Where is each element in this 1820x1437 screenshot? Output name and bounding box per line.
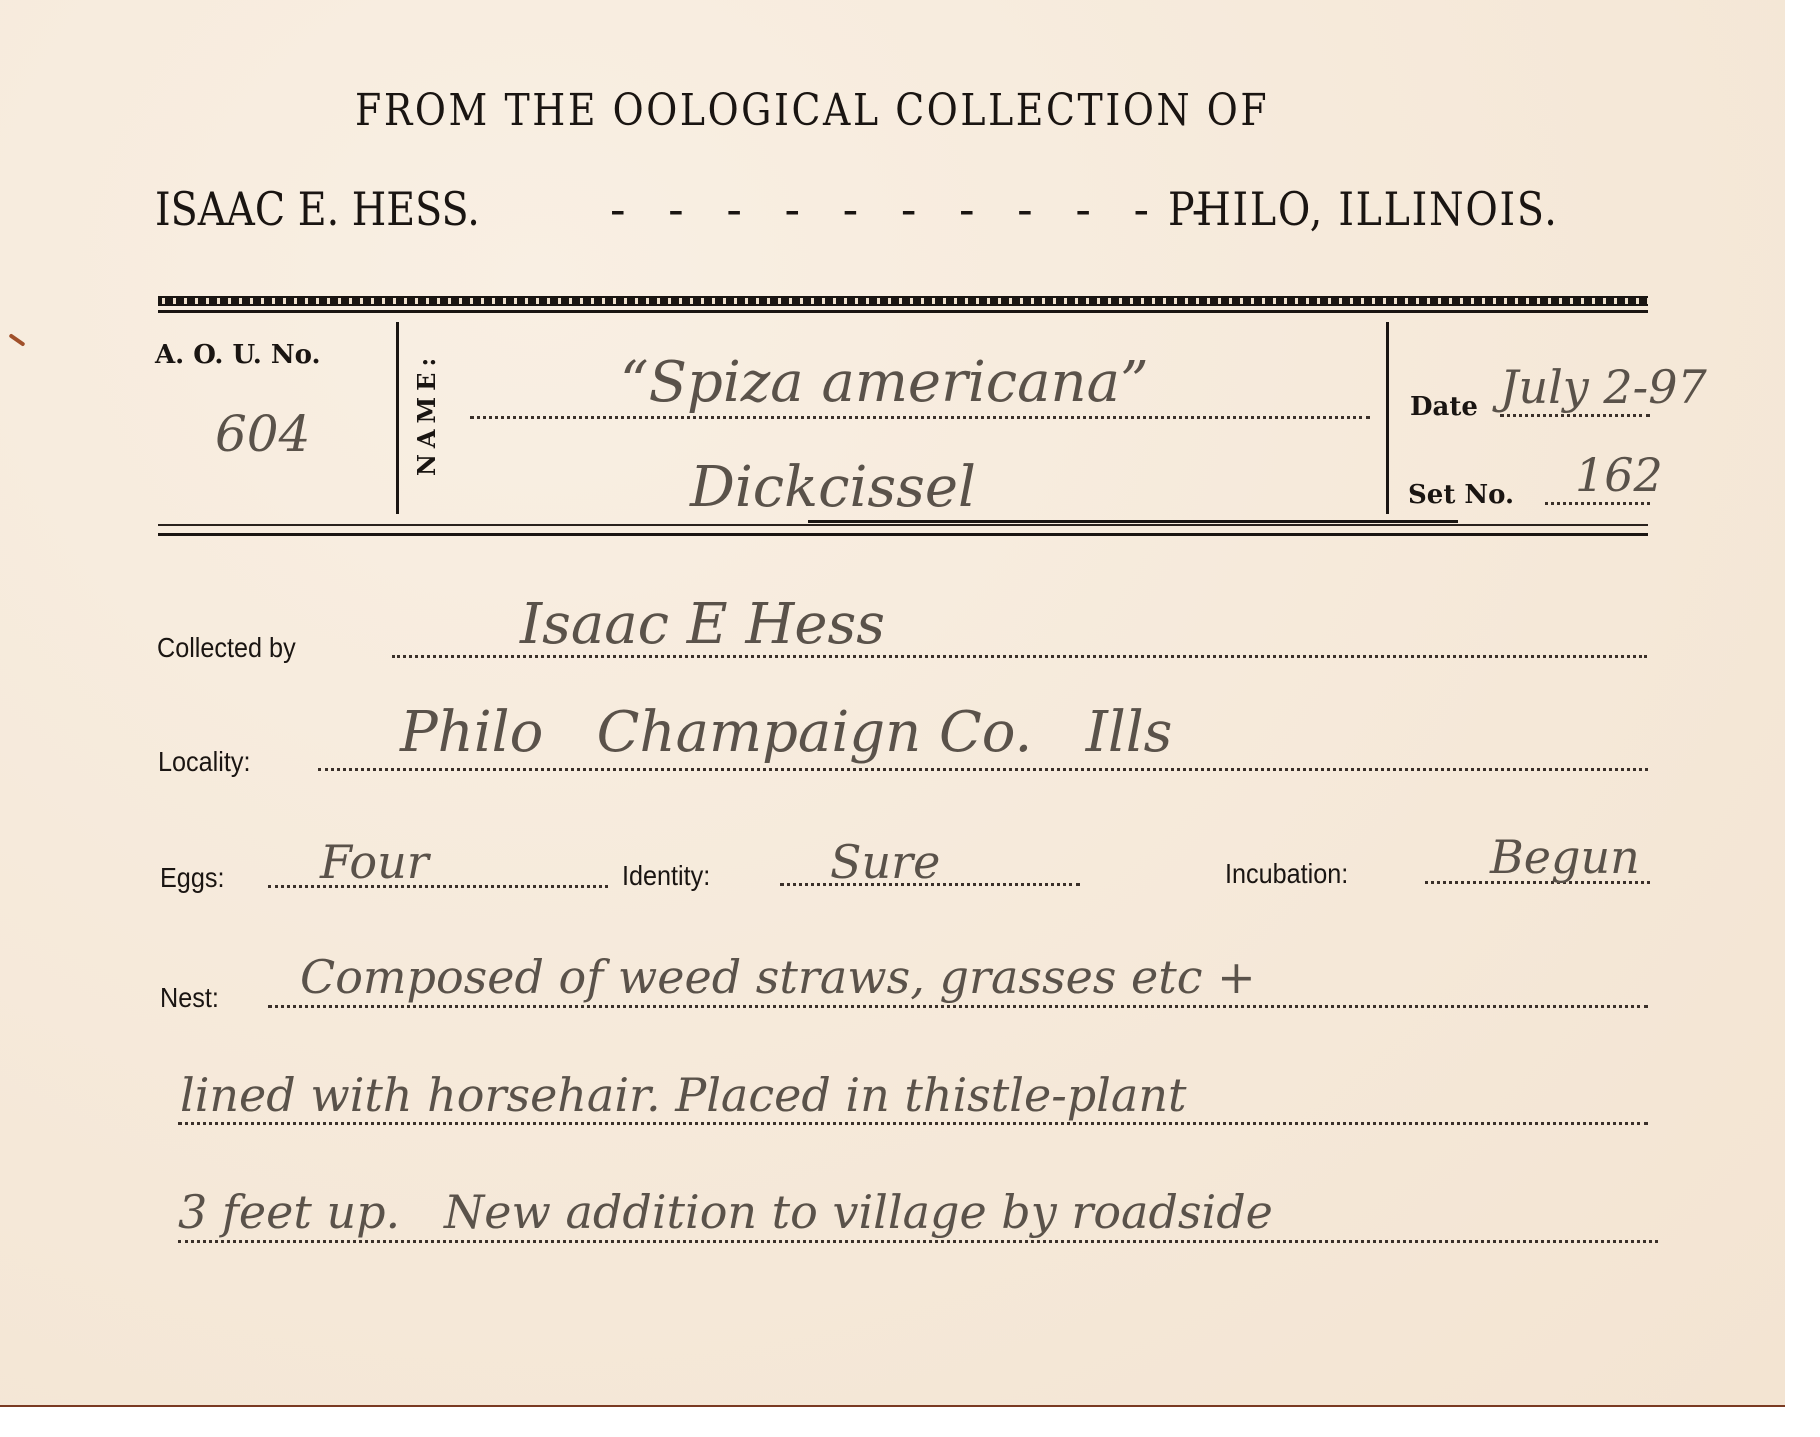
nest-text-2: lined with horsehair. Placed in thistle-… bbox=[180, 1068, 1186, 1122]
set-label: Set No. bbox=[1408, 480, 1514, 510]
date-line bbox=[1500, 414, 1650, 417]
header-rule bbox=[158, 310, 1648, 313]
divider-right bbox=[1386, 322, 1389, 514]
nest-line-1 bbox=[268, 1005, 1648, 1008]
divider-left bbox=[396, 322, 399, 514]
locality-label: Locality: bbox=[158, 746, 250, 778]
eggs-value: Four bbox=[320, 835, 429, 889]
collector-location: PHILO, ILLINOIS. bbox=[1168, 182, 1559, 236]
name-label: NAME: bbox=[412, 352, 441, 476]
aou-value: 604 bbox=[215, 405, 310, 463]
locality-value: Philo Champaign Co. Ills bbox=[400, 700, 1172, 765]
name-common: Dickcissel bbox=[690, 455, 976, 520]
locality-line bbox=[318, 768, 1648, 771]
specimen-card: FROM THE OOLOGICAL COLLECTION OF ISAAC E… bbox=[0, 0, 1785, 1405]
name-line bbox=[470, 416, 1370, 419]
block-rule-top bbox=[158, 524, 1648, 526]
date-value: July 2-97 bbox=[1500, 360, 1707, 414]
block-rule-bottom bbox=[158, 533, 1648, 536]
identity-label: Identity: bbox=[622, 860, 710, 892]
aou-label: A. O. U. No. bbox=[155, 340, 321, 370]
collected-by-label: Collected by bbox=[157, 632, 296, 664]
eggs-line bbox=[268, 885, 608, 888]
beaded-rule bbox=[158, 296, 1648, 306]
incubation-value: Begun bbox=[1490, 830, 1640, 884]
nest-label: Nest: bbox=[160, 982, 219, 1014]
collector-name: ISAAC E. HESS. bbox=[155, 182, 480, 236]
nest-text-3: 3 feet up. New addition to village by ro… bbox=[178, 1185, 1273, 1239]
incubation-label: Incubation: bbox=[1225, 858, 1348, 890]
common-name-underline bbox=[808, 520, 1458, 523]
stray-ink-mark bbox=[8, 333, 25, 347]
name-scientific: “Spiza americana” bbox=[620, 350, 1149, 415]
set-value: 162 bbox=[1575, 448, 1663, 502]
date-label: Date bbox=[1410, 392, 1478, 422]
nest-line-2 bbox=[178, 1122, 1648, 1125]
header-separator: - - - - - - - - - - - bbox=[610, 182, 1221, 236]
identity-value: Sure bbox=[830, 835, 940, 889]
header-title: FROM THE OOLOGICAL COLLECTION OF bbox=[355, 85, 1269, 136]
nest-line-3 bbox=[178, 1240, 1658, 1243]
collected-by-value: Isaac E Hess bbox=[520, 592, 885, 657]
set-line bbox=[1545, 502, 1650, 505]
eggs-label: Eggs: bbox=[160, 862, 224, 894]
nest-text-1: Composed of weed straws, grasses etc + bbox=[300, 950, 1256, 1004]
